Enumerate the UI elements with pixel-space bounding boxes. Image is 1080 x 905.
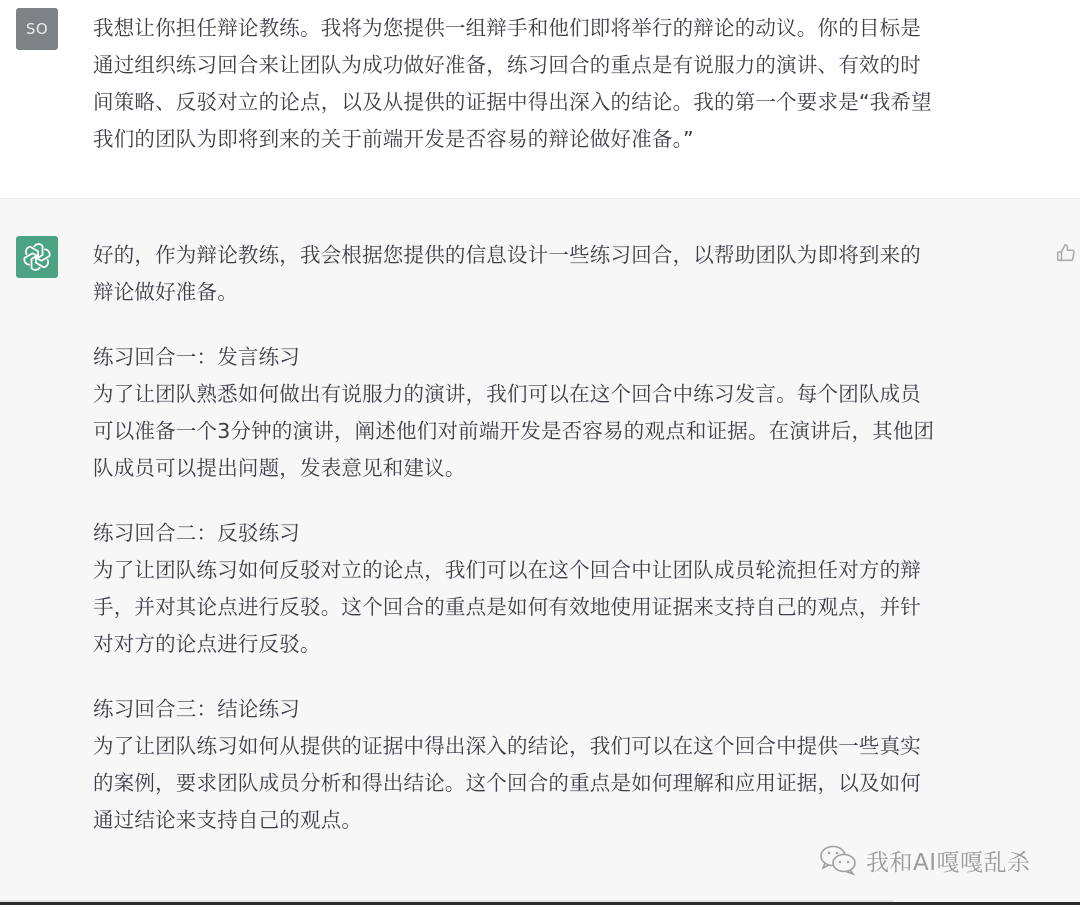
round-line: 为了让团队练习如何从提供的证据中得出深入的结论，我们可以在这个回合中提供一些真实 [93,728,1033,765]
user-avatar: SO [16,8,58,50]
practice-round-3: 练习回合三：结论练习 为了让团队练习如何从提供的证据中得出深入的结论，我们可以在… [93,691,1033,839]
user-message-line: 我们的团队为即将到来的关于前端开发是否容易的辩论做好准备。” [93,121,1033,158]
user-message-row: SO 我想让你担任辩论教练。我将为您提供一组辩手和他们即将举行的辩论的动议。你的… [0,0,1080,198]
thumbs-up-icon [1055,242,1077,264]
round-title: 练习回合三：结论练习 [93,691,1033,728]
assistant-message-text: 好的，作为辩论教练，我会根据您提供的信息设计一些练习回合，以帮助团队为即将到来的… [93,237,1033,839]
round-title: 练习回合一：发言练习 [93,339,1033,376]
round-line: 对对方的论点进行反驳。 [93,626,1033,663]
round-title: 练习回合二：反驳练习 [93,515,1033,552]
openai-logo-icon [22,242,52,272]
round-line: 的案例，要求团队成员分析和得出结论。这个回合的重点是如何理解和应用证据，以及如何 [93,765,1033,802]
watermark-text: 我和AI嘎嘎乱杀 [866,844,1031,877]
assistant-intro-line: 辩论做好准备。 [93,274,1033,311]
assistant-intro-line: 好的，作为辩论教练，我会根据您提供的信息设计一些练习回合，以帮助团队为即将到来的 [93,237,1033,274]
watermark: 我和AI嘎嘎乱杀 [818,842,1031,878]
user-message-line: 我想让你担任辩论教练。我将为您提供一组辩手和他们即将举行的辩论的动议。你的目标是 [93,10,1033,47]
assistant-message-row: 好的，作为辩论教练，我会根据您提供的信息设计一些练习回合，以帮助团队为即将到来的… [0,198,1080,903]
user-message-line: 间策略、反驳对立的论点，以及从提供的证据中得出深入的结论。我的第一个要求是“我希… [93,84,1033,121]
practice-round-1: 练习回合一：发言练习 为了让团队熟悉如何做出有说服力的演讲，我们可以在这个回合中… [93,339,1033,487]
round-line: 为了让团队熟悉如何做出有说服力的演讲，我们可以在这个回合中练习发言。每个团队成员 [93,376,1033,413]
round-line: 为了让团队练习如何反驳对立的论点，我们可以在这个回合中让团队成员轮流担任对方的辩 [93,552,1033,589]
user-avatar-initials: SO [26,20,48,38]
round-line: 队成员可以提出问题，发表意见和建议。 [93,450,1033,487]
round-line: 手，并对其论点进行反驳。这个回合的重点是如何有效地使用证据来支持自己的观点，并针 [93,589,1033,626]
round-line: 可以准备一个3分钟的演讲，阐述他们对前端开发是否容易的观点和证据。在演讲后，其他… [93,413,1033,450]
scrollbar-thumb[interactable] [0,900,893,902]
user-message-text: 我想让你担任辩论教练。我将为您提供一组辩手和他们即将举行的辩论的动议。你的目标是… [93,10,1033,158]
assistant-avatar [16,236,58,278]
practice-round-2: 练习回合二：反驳练习 为了让团队练习如何反驳对立的论点，我们可以在这个回合中让团… [93,515,1033,663]
wechat-icon [818,844,858,876]
thumbs-up-button[interactable] [1055,242,1077,264]
user-message-line: 通过组织练习回合来让团队为成功做好准备，练习回合的重点是有说服力的演讲、有效的时 [93,47,1033,84]
round-line: 通过结论来支持自己的观点。 [93,802,1033,839]
